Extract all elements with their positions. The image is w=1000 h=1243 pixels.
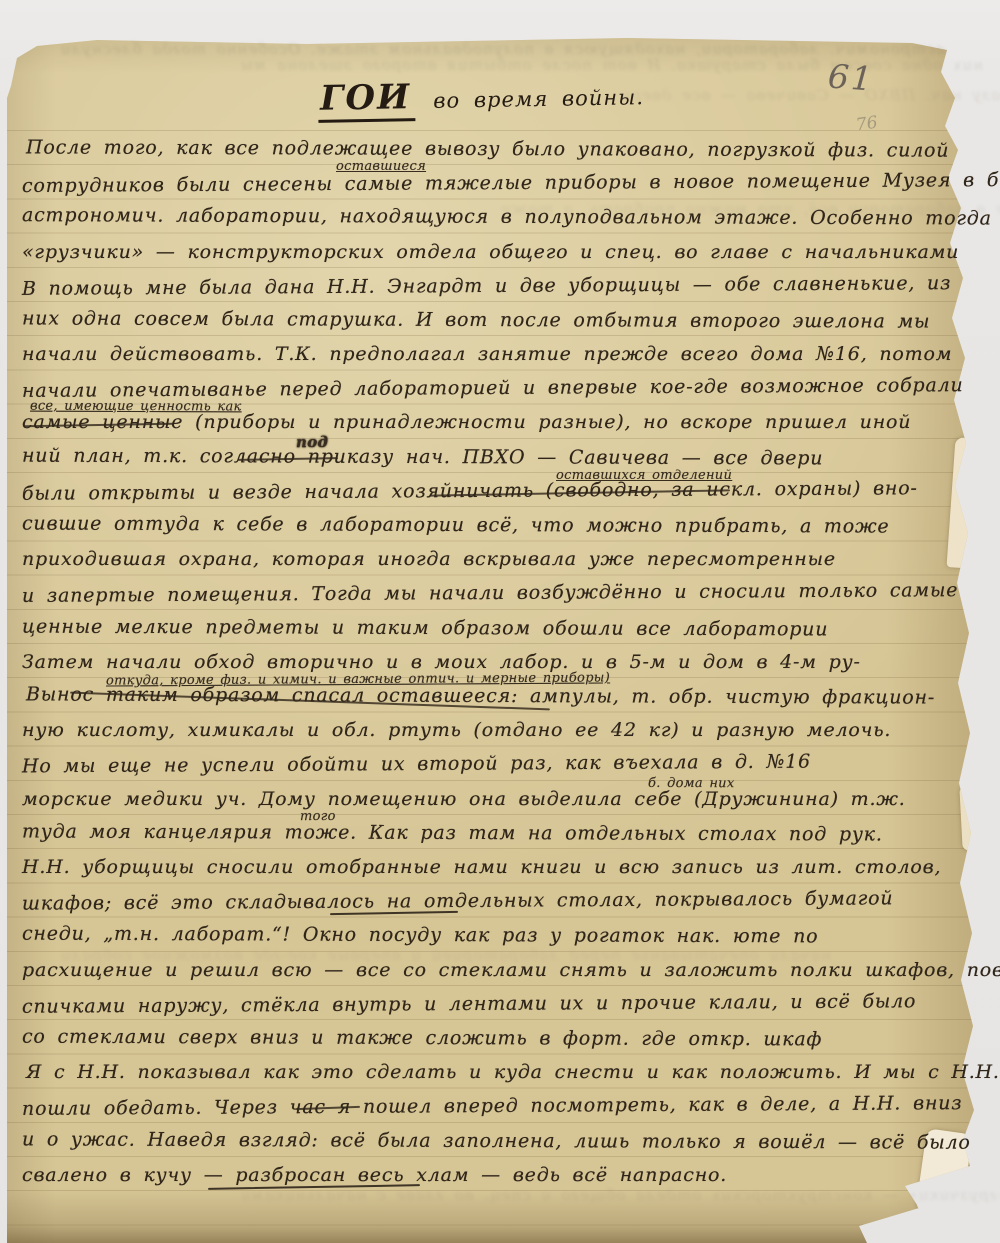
manuscript-line: «грузчики» — конструкторских отдела обще…: [22, 241, 959, 263]
manuscript-line: пошли обедать. Через час я пошел вперед …: [22, 1092, 963, 1120]
manuscript-line: снеди, „т.н. лаборат.“! Окно посуду как …: [22, 923, 818, 948]
manuscript-line: начали опечатыванье перед лабораторией и…: [22, 374, 964, 402]
manuscript-photo: ГОИво время войны. 61 76 После того, как…: [0, 0, 1000, 1243]
manuscript-line: со стеклами сверх вниз и также сложить в…: [22, 1026, 822, 1051]
ink-layer: ГОИво время войны. 61 76 После того, как…: [0, 0, 1000, 1243]
manuscript-line: После того, как все подлежащее вывозу бы…: [26, 136, 949, 161]
manuscript-line: свалено в кучу — разбросан весь хлам — в…: [22, 1164, 727, 1186]
faint-number: 76: [855, 113, 879, 136]
manuscript-line: Затем начали обход вторично и в моих лаб…: [22, 651, 861, 673]
manuscript-line: В помощь мне была дана Н.Н. Энгардт и дв…: [22, 272, 951, 300]
manuscript-line: Я с Н.Н. показывал как это сделать и куд…: [26, 1061, 1000, 1083]
manuscript-line: Но мы еще не успели обойти их второй раз…: [22, 751, 811, 778]
manuscript-line: сотрудников были снесены самые тяжелые п…: [22, 169, 999, 197]
manuscript-line: морские медики уч. Дому помещению она вы…: [22, 788, 906, 810]
manuscript-line: ную кислоту, химикалы и обл. ртуть (отда…: [22, 719, 891, 741]
manuscript-line: туда моя канцелярия тоже. Как раз там на…: [22, 820, 883, 845]
bleedthrough-line: них одна совсем была старушка. И вот пос…: [240, 56, 983, 74]
manuscript-line: и о ужас. Наведя взгляд: всё была заполн…: [22, 1128, 971, 1153]
manuscript-line: и запертые помещения. Тогда мы начали во…: [22, 579, 958, 607]
bleedthrough-line: ний план, т.к. согласно приказу нач. ПВХ…: [620, 86, 1000, 104]
page-title: ГОИво время войны.: [318, 73, 645, 119]
manuscript-line: сившие оттуда к себе в лаборатории всё, …: [22, 512, 890, 537]
manuscript-line: начали действовать. Т.К. предполагал зан…: [22, 343, 952, 365]
manuscript-line: были открыты и везде начала хозяйничать …: [22, 477, 918, 504]
manuscript-line: Н.Н. уборщицы сносили отобранные нами кн…: [22, 856, 941, 878]
manuscript-line: ний план, т.к. согласно приказу нач. ПВХ…: [22, 445, 823, 470]
title-subtitle: во время войны.: [433, 85, 644, 113]
manuscript-line: них одна совсем была старушка. И вот пос…: [22, 307, 930, 332]
title-goi: ГОИ: [318, 77, 416, 123]
manuscript-line: приходившая охрана, которая иногда вскры…: [22, 548, 836, 570]
bleedthrough-line: сившие оттуда к себе в лаборатории всё, …: [500, 200, 1000, 218]
manuscript-line: ценные мелкие предметы и таким образом о…: [22, 616, 828, 641]
bleedthrough-line: «грузчики» — конструкторских отдела обще…: [240, 1186, 1000, 1204]
bleedthrough-line: начали опечатыванье перед лабораторией и…: [60, 946, 831, 964]
manuscript-line: спичками наружу, стёкла внутрь и лентами…: [22, 990, 916, 1017]
